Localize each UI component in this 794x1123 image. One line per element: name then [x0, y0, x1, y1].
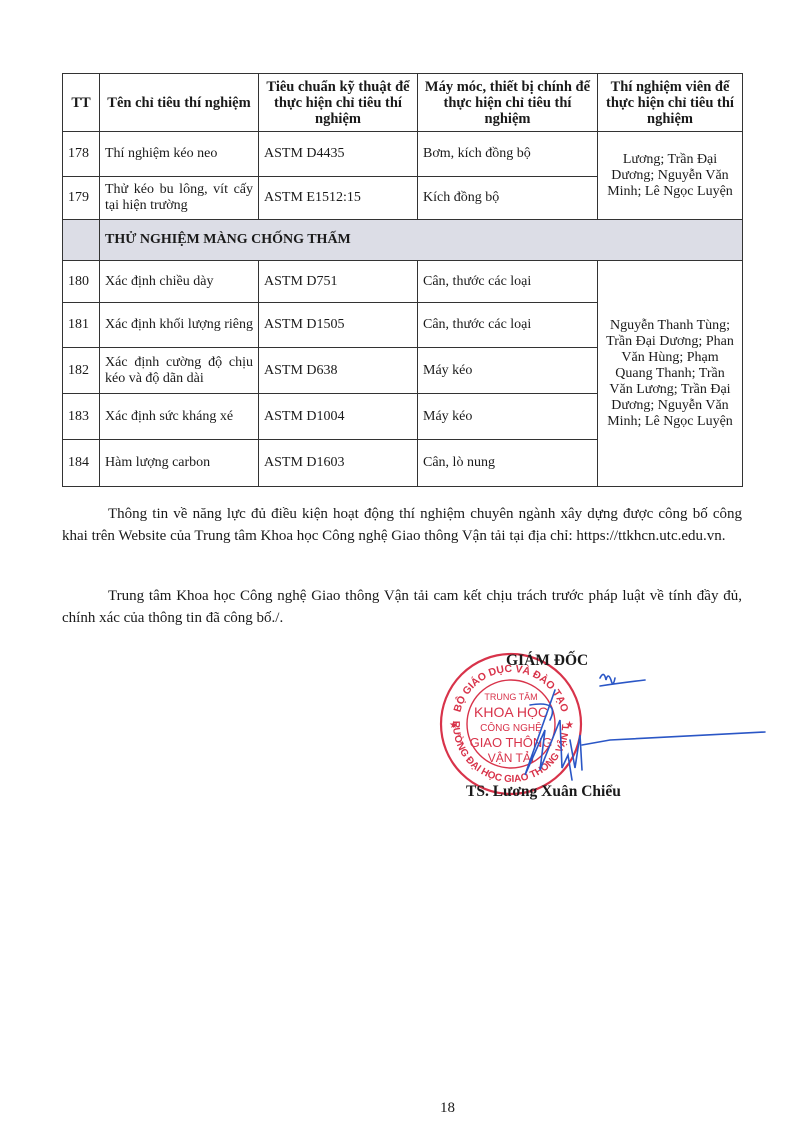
- section-row: THỬ NGHIỆM MÀNG CHỐNG THẤM: [63, 220, 743, 261]
- row-equipment: Cân, lò nung: [418, 440, 598, 487]
- paragraph-commitment: Trung tâm Khoa học Công nghệ Giao thông …: [62, 586, 742, 629]
- row-tt: 178: [63, 132, 100, 177]
- row-standard: ASTM D1603: [259, 440, 418, 487]
- row-standard: ASTM E1512:15: [259, 177, 418, 220]
- header-standard: Tiêu chuẩn kỹ thuật để thực hiện chỉ tiê…: [259, 74, 418, 132]
- row-tt: 181: [63, 303, 100, 348]
- table-row: 180 Xác định chiều dày ASTM D751 Cân, th…: [63, 261, 743, 303]
- table-row: 178 Thí nghiệm kéo neo ASTM D4435 Bơm, k…: [63, 132, 743, 177]
- row-tt: 183: [63, 394, 100, 440]
- paragraph-text: Trung tâm Khoa học Công nghệ Giao thông …: [62, 588, 742, 626]
- row-standard: ASTM D638: [259, 348, 418, 394]
- signer-name: TS. Lương Xuân Chiểu: [466, 783, 621, 801]
- row-test-name: Thí nghiệm kéo neo: [100, 132, 259, 177]
- signature-scribble-icon: [470, 660, 770, 790]
- row-test-name: Xác định khối lượng riêng: [100, 303, 259, 348]
- row-equipment: Bơm, kích đồng bộ: [418, 132, 598, 177]
- section-title: THỬ NGHIỆM MÀNG CHỐNG THẤM: [100, 220, 743, 261]
- row-test-name: Xác định chiều dày: [100, 261, 259, 303]
- row-staff: Lương; Trần Đại Dương; Nguyễn Văn Minh; …: [598, 132, 743, 220]
- paragraph-website-info: Thông tin về năng lực đủ điều kiện hoạt …: [62, 504, 742, 547]
- row-equipment: Kích đồng bộ: [418, 177, 598, 220]
- table-header-row: TT Tên chỉ tiêu thí nghiệm Tiêu chuẩn kỹ…: [63, 74, 743, 132]
- row-standard: ASTM D751: [259, 261, 418, 303]
- row-staff: Nguyễn Thanh Tùng; Trần Đại Dương; Phan …: [598, 261, 743, 487]
- test-capability-table: TT Tên chỉ tiêu thí nghiệm Tiêu chuẩn kỹ…: [62, 73, 743, 487]
- row-tt: 180: [63, 261, 100, 303]
- section-tt-cell: [63, 220, 100, 261]
- row-test-name: Hàm lượng carbon: [100, 440, 259, 487]
- row-equipment: Cân, thước các loại: [418, 303, 598, 348]
- row-standard: ASTM D1505: [259, 303, 418, 348]
- svg-text:★: ★: [449, 720, 458, 731]
- header-equipment: Máy móc, thiết bị chính để thực hiện chỉ…: [418, 74, 598, 132]
- row-equipment: Máy kéo: [418, 394, 598, 440]
- row-tt: 184: [63, 440, 100, 487]
- header-tt: TT: [63, 74, 100, 132]
- row-test-name: Xác định cường độ chịu kéo và độ dãn dài: [100, 348, 259, 394]
- row-tt: 179: [63, 177, 100, 220]
- row-equipment: Máy kéo: [418, 348, 598, 394]
- row-standard: ASTM D1004: [259, 394, 418, 440]
- row-test-name: Xác định sức kháng xé: [100, 394, 259, 440]
- row-standard: ASTM D4435: [259, 132, 418, 177]
- paragraph-text: Thông tin về năng lực đủ điều kiện hoạt …: [62, 506, 742, 544]
- row-equipment: Cân, thước các loại: [418, 261, 598, 303]
- header-test-name: Tên chỉ tiêu thí nghiệm: [100, 74, 259, 132]
- page-number: 18: [440, 1100, 455, 1117]
- row-tt: 182: [63, 348, 100, 394]
- header-staff: Thí nghiệm viên để thực hiện chỉ tiêu th…: [598, 74, 743, 132]
- row-test-name: Thử kéo bu lông, vít cấy tại hiện trường: [100, 177, 259, 220]
